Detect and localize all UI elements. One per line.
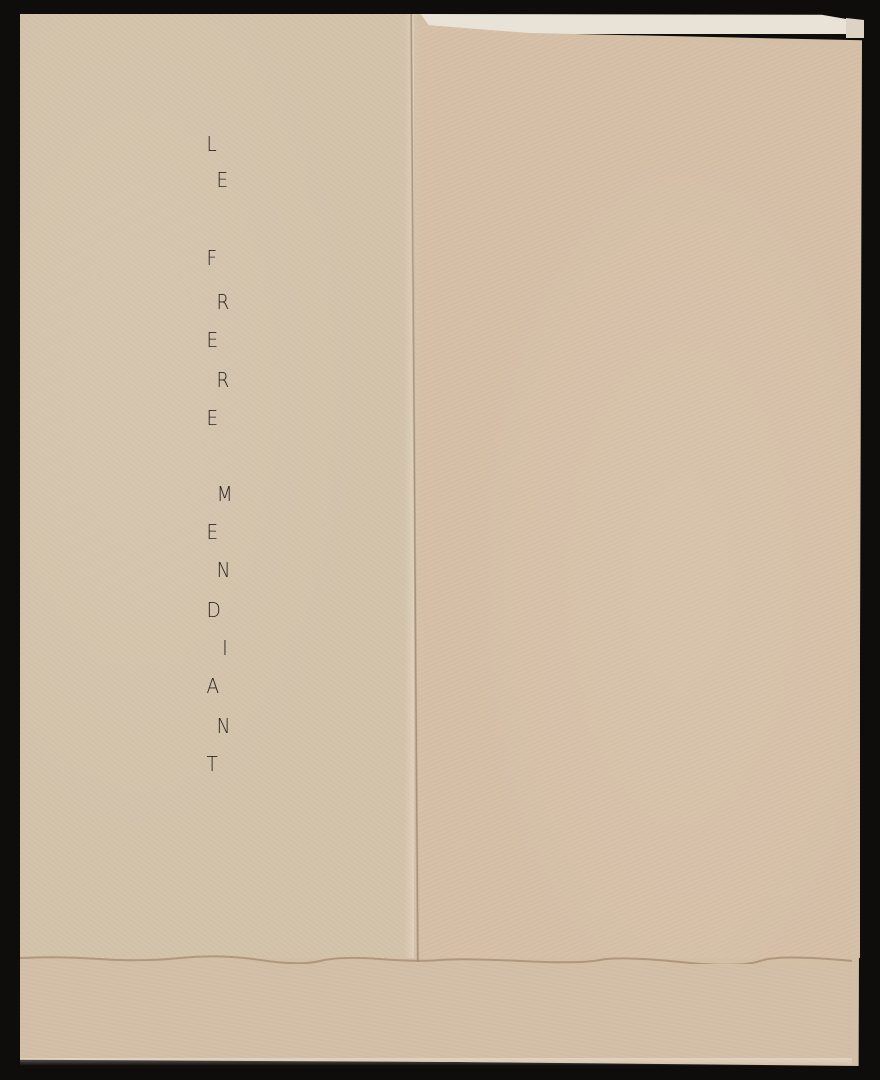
bottom-flap-deckle-edge bbox=[20, 954, 852, 964]
bottom-edge-light bbox=[20, 1058, 852, 1066]
vertical-title: LEFREREMENDIANT bbox=[192, 128, 252, 788]
title-letter: D bbox=[207, 600, 221, 620]
title-letter: I bbox=[222, 638, 227, 658]
title-letter: A bbox=[207, 676, 220, 696]
title-letter: N bbox=[217, 560, 231, 580]
title-letter: F bbox=[206, 248, 217, 268]
underlying-sheet-corner bbox=[846, 18, 864, 38]
title-letter: E bbox=[207, 330, 219, 350]
title-letter: E bbox=[207, 522, 219, 542]
title-letter: L bbox=[206, 134, 216, 154]
title-letter: E bbox=[207, 408, 219, 428]
folder-bottom-flap bbox=[20, 958, 852, 1064]
title-letter: T bbox=[206, 754, 217, 774]
folder-right-panel bbox=[414, 24, 860, 958]
title-letter: M bbox=[217, 484, 233, 504]
title-letter: R bbox=[217, 370, 230, 390]
title-letter: E bbox=[217, 170, 229, 190]
title-letter: R bbox=[217, 292, 230, 312]
title-letter: N bbox=[217, 716, 231, 736]
